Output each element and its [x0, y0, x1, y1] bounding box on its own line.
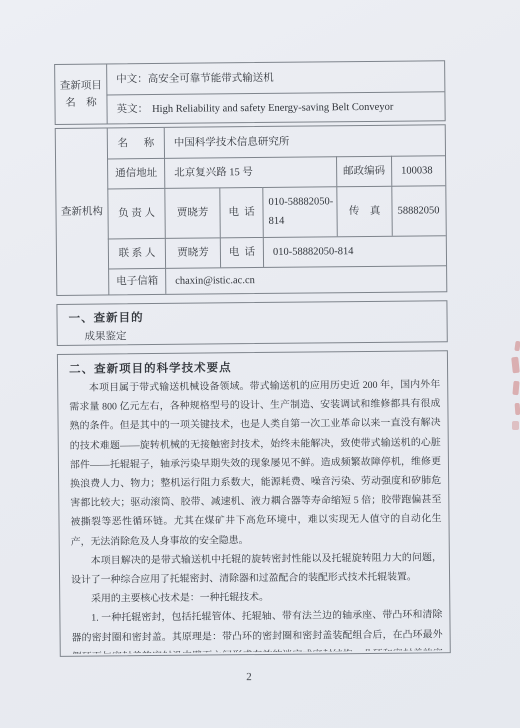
org-address-value: 北京复兴路 15 号: [164, 156, 336, 188]
contact-label: 联 系 人: [108, 238, 165, 269]
purpose-section-content: 成果鉴定: [69, 328, 127, 344]
tech-section-body: 本项目属于带式输送机械设备领域。带式输送机的应用历史近 200 年，国内外年需求…: [69, 375, 443, 654]
postcode-value-text: 100038: [401, 164, 433, 177]
tech-section-title: 二、查新项目的科学技术要点: [69, 359, 232, 377]
purpose-section-title: 一、查新目的: [68, 309, 143, 326]
org-name-label-text: 名 称: [117, 137, 154, 150]
email-label-text: 电子信箱: [116, 275, 158, 288]
contact-phone-label: 电 话: [220, 237, 263, 267]
contact-value: 贾晓芳: [165, 237, 220, 268]
scan-content: 查新项目 名 称 中文： 高安全可靠节能带式输送机 英文： High Relia…: [0, 0, 520, 728]
contact-phone-label-text: 电 话: [229, 246, 255, 259]
red-seal-mark: [512, 381, 519, 395]
fax-label: 传 真: [336, 186, 391, 237]
org-name-label: 名 称: [107, 128, 164, 159]
head-label-text: 负 责 人: [118, 207, 155, 220]
red-seal-mark: [512, 421, 519, 430]
head-phone-value-text: 010-58882050-814: [263, 187, 336, 231]
org-name-value: 中国科学技术信息研究所: [164, 125, 445, 158]
email-value-text: chaxin@istic.ac.cn: [175, 274, 255, 288]
tech-paragraph: 本项目解决的是带式输送机中托辊的旋转密封性能以及托辊旋转阻力大的问题，设计了一种…: [71, 548, 442, 590]
page-number: 2: [3, 669, 495, 686]
tech-paragraph: 1. 一种托辊密封，包括托辊管体、托辊轴、带有法兰边的轴承座、带凸环和清除器的密…: [71, 606, 442, 654]
fax-value-text: 58882050: [397, 204, 439, 217]
fax-label-text: 传 真: [349, 205, 381, 218]
project-name-group-label: 查新项目 名 称: [55, 64, 107, 123]
contact-phone-value-text: 010-58882050-814: [273, 245, 354, 259]
postcode-label-text: 邮政编码: [343, 165, 385, 178]
postcode-value: 100038: [391, 155, 445, 186]
org-table: 查新机构 名 称 中国科学技术信息研究所 通信地址 北京复兴路 15 号 邮政编…: [55, 124, 448, 296]
english-name-row: 英文： High Reliability and safety Energy-s…: [106, 91, 444, 123]
org-name-value-text: 中国科学技术信息研究所: [174, 135, 290, 149]
contact-label-text: 联 系 人: [118, 247, 155, 260]
contact-value-text: 贾晓芳: [177, 246, 209, 259]
scanned-document-page: 查新项目 名 称 中文： 高安全可靠节能带式输送机 英文： High Relia…: [0, 0, 520, 728]
head-value: 贾晓芳: [164, 187, 219, 238]
org-address-label: 通信地址: [107, 158, 164, 189]
head-value-text: 贾晓芳: [177, 206, 209, 219]
chinese-name-label: 中文：: [116, 73, 148, 86]
english-name-label: 英文：: [116, 103, 148, 116]
email-label: 电子信箱: [108, 268, 165, 295]
head-phone-label: 电 话: [219, 187, 262, 237]
head-label: 负 责 人: [107, 188, 164, 239]
project-name-group-label-line1: 查新项目: [60, 79, 102, 92]
project-name-table: 查新项目 名 称 中文： 高安全可靠节能带式输送机 英文： High Relia…: [54, 60, 446, 125]
contact-phone-value: 010-58882050-814: [263, 235, 446, 267]
tech-section: 二、查新项目的科学技术要点 本项目属于带式输送机械设备领域。带式输送机的应用历史…: [57, 350, 451, 657]
english-name-value: High Reliability and safety Energy-savin…: [152, 100, 393, 115]
fax-value: 58882050: [391, 185, 445, 236]
org-address-value-text: 北京复兴路 15 号: [174, 166, 253, 180]
org-group-label-text: 查新机构: [61, 205, 103, 218]
head-phone-value: 010-58882050-814: [262, 186, 336, 237]
project-name-group-label-line2: 名 称: [65, 96, 97, 109]
red-seal-mark: [514, 341, 520, 352]
org-group-label: 查新机构: [56, 128, 109, 294]
postcode-label: 邮政编码: [336, 156, 391, 187]
red-seal-mark: [515, 403, 520, 415]
chinese-name-row: 中文： 高安全可靠节能带式输送机: [106, 61, 444, 94]
email-value: chaxin@istic.ac.cn: [165, 265, 446, 294]
head-phone-label-text: 电 话: [228, 206, 254, 219]
org-address-label-text: 通信地址: [115, 167, 157, 180]
chinese-name-value: 高安全可靠节能带式输送机: [148, 71, 274, 85]
purpose-section: 一、查新目的 成果鉴定: [56, 300, 447, 346]
tech-paragraph: 本项目属于带式输送机械设备领域。带式输送机的应用历史近 200 年，国内外年需求…: [69, 375, 442, 551]
